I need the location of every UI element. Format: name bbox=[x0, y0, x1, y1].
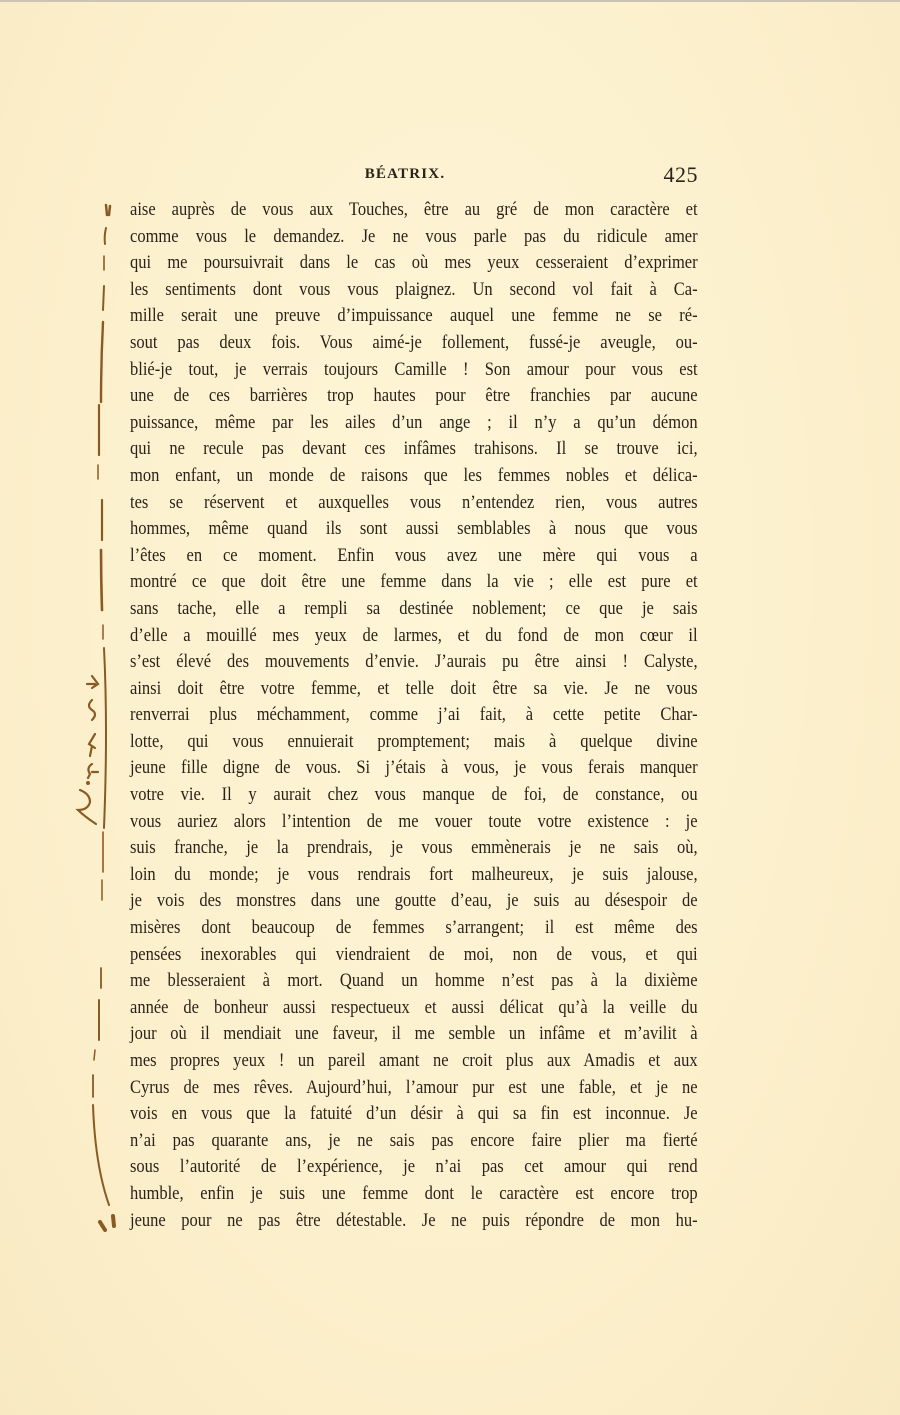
text-line: puissance, même par les ailes d’un ange … bbox=[130, 410, 698, 437]
text-line: vous auriez alors l’intention de me voue… bbox=[130, 809, 698, 836]
text-line: qui me poursuivrait dans le cas où mes y… bbox=[130, 250, 698, 277]
scan-top-edge bbox=[0, 0, 900, 2]
text-line: l’êtes en ce moment. Enfin vous avez une… bbox=[130, 543, 698, 570]
text-line: sous l’autorité de l’expérience, je n’ai… bbox=[130, 1154, 698, 1181]
text-line: aise auprès de vous aux Touches, être au… bbox=[130, 197, 698, 224]
text-line: ainsi doit être votre femme, et telle do… bbox=[130, 676, 698, 703]
running-title: BÉATRIX. bbox=[126, 166, 694, 183]
handwritten-margin-line-icon bbox=[0, 0, 130, 1415]
text-line: d’elle a mouillé mes yeux de larmes, et … bbox=[130, 623, 698, 650]
text-line: s’est élevé des mouvements d’envie. J’au… bbox=[130, 649, 698, 676]
text-line: misères dont beaucoup de femmes s’arrang… bbox=[130, 915, 698, 942]
text-line: mon enfant, un monde de raisons que les … bbox=[130, 463, 698, 490]
text-line: blié-je tout, je verrais toujours Camill… bbox=[130, 357, 698, 384]
text-line: montré ce que doit être une femme dans l… bbox=[130, 569, 698, 596]
text-line: jeune fille digne de vous. Si j’étais à … bbox=[130, 755, 698, 782]
text-line: les sentiments dont vous vous plaignez. … bbox=[130, 277, 698, 304]
page-body-text: aise auprès de vous aux Touches, être au… bbox=[130, 197, 698, 1234]
text-line: lotte, qui vous ennuierait promptement; … bbox=[130, 729, 698, 756]
running-header: BÉATRIX. 425 bbox=[130, 163, 698, 189]
text-line: humble, enfin je suis une femme dont le … bbox=[130, 1181, 698, 1208]
text-line: une de ces barrières trop hautes pour êt… bbox=[130, 383, 698, 410]
margin-annotations bbox=[0, 0, 130, 1415]
text-line: mes propres yeux ! un pareil amant ne cr… bbox=[130, 1048, 698, 1075]
text-line: sout pas deux fois. Vous aimé-je folleme… bbox=[130, 330, 698, 357]
text-line: hommes, même quand ils sont aussi sembla… bbox=[130, 516, 698, 543]
text-line: pensées inexorables qui viendraient de m… bbox=[130, 942, 698, 969]
text-line: tes se réservent et auxquelles vous n’en… bbox=[130, 490, 698, 517]
text-line: année de bonheur aussi respectueux et au… bbox=[130, 995, 698, 1022]
text-line: mille serait une preuve d’impuissance au… bbox=[130, 303, 698, 330]
text-line: n’ai pas quarante ans, je ne sais pas en… bbox=[130, 1128, 698, 1155]
text-line: qui ne recule pas devant ces infâmes tra… bbox=[130, 436, 698, 463]
text-line: votre vie. Il y aurait chez vous manque … bbox=[130, 782, 698, 809]
text-line: je vois des monstres dans une goutte d’e… bbox=[130, 888, 698, 915]
page-number: 425 bbox=[664, 162, 699, 188]
text-line: renverrai plus méchamment, comme j’ai fa… bbox=[130, 702, 698, 729]
text-line: vois en vous que la fatuité d’un désir à… bbox=[130, 1101, 698, 1128]
text-line: loin du monde; je vous rendrais fort mal… bbox=[130, 862, 698, 889]
text-line: suis franche, je la prendrais, je vous e… bbox=[130, 835, 698, 862]
text-line: jeune pour ne pas être détestable. Je ne… bbox=[130, 1208, 698, 1235]
text-line: sans tache, elle a rempli sa destinée no… bbox=[130, 596, 698, 623]
text-line: Cyrus de mes rêves. Aujourd’hui, l’amour… bbox=[130, 1075, 698, 1102]
text-line: jour où il mendiait une faveur, il me se… bbox=[130, 1021, 698, 1048]
text-line: me blesseraient à mort. Quand un homme n… bbox=[130, 968, 698, 995]
text-line: comme vous le demandez. Je ne vous parle… bbox=[130, 224, 698, 251]
